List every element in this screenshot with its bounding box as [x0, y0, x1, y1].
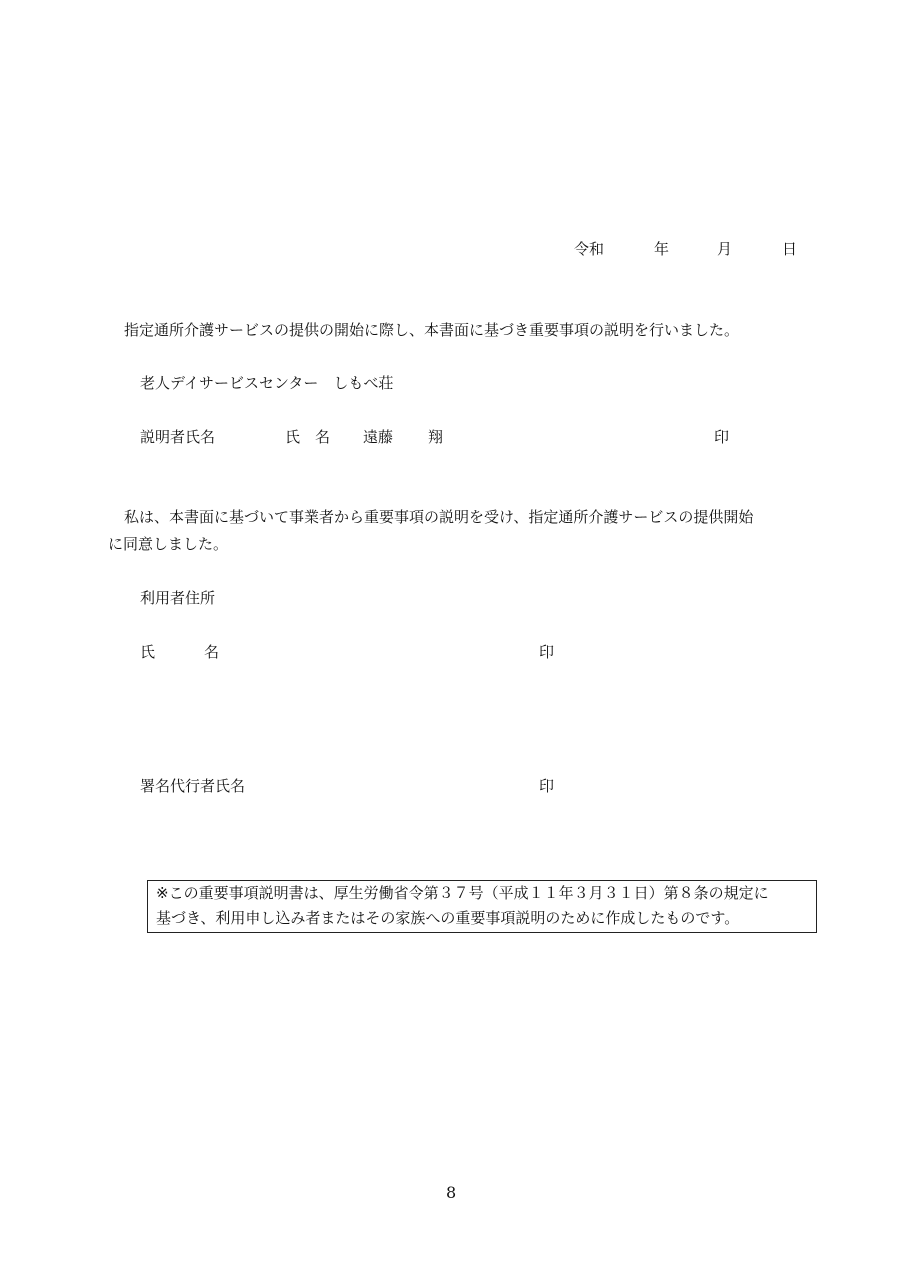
date-year-label: 年	[654, 242, 669, 257]
explainer-label: 説明者氏名	[140, 430, 215, 445]
proxy-signer-seal: 印	[539, 779, 554, 794]
explainer-given-name: 翔	[428, 430, 443, 445]
user-name-label-1: 氏	[140, 645, 155, 660]
date-month-label: 月	[717, 242, 732, 257]
explainer-seal: 印	[714, 430, 729, 445]
page-number: 8	[446, 1185, 456, 1201]
user-address-label: 利用者住所	[140, 591, 215, 606]
notice-line-2: 基づき、利用申し込み者またはその家族への重要事項説明のために作成したものです。	[156, 906, 816, 931]
user-name-seal: 印	[539, 645, 554, 660]
notice-line-1: ※この重要事項説明書は、厚生労働省令第３７号（平成１１年３月３１日）第８条の規定…	[156, 881, 816, 906]
date-day-label: 日	[782, 242, 797, 257]
consent-line-2: に同意しました。	[108, 531, 753, 558]
provider-statement: 指定通所介護サービスの提供の開始に際し、本書面に基づき重要事項の説明を行いました…	[124, 323, 739, 338]
consent-line-1: 私は、本書面に基づいて事業者から重要事項の説明を受け、指定通所介護サービスの提供…	[108, 504, 753, 531]
notice-box: ※この重要事項説明書は、厚生労働省令第３７号（平成１１年３月３１日）第８条の規定…	[147, 880, 817, 933]
explainer-family-name: 遠藤	[363, 430, 393, 445]
date-era: 令和	[574, 242, 604, 257]
proxy-signer-label: 署名代行者氏名	[140, 779, 245, 794]
facility-name: 老人デイサービスセンター しもべ荘	[140, 376, 393, 391]
user-name-label-2: 名	[204, 645, 219, 660]
user-consent-statement: 私は、本書面に基づいて事業者から重要事項の説明を受け、指定通所介護サービスの提供…	[108, 504, 753, 558]
explainer-name-label: 氏 名	[285, 430, 330, 445]
